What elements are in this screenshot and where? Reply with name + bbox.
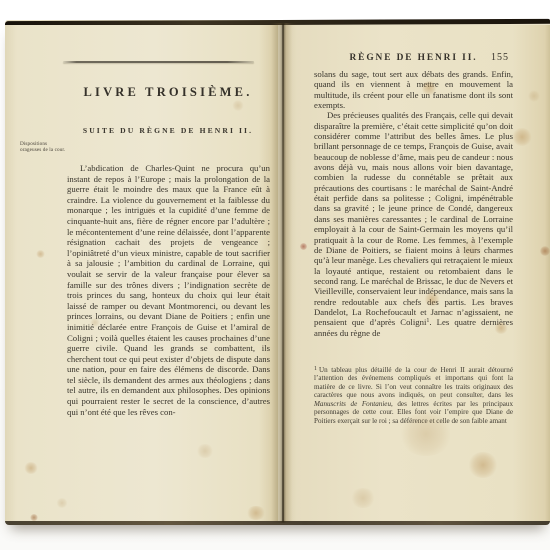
paragraph-continuation: solans du sage, tout sert aux débats des…: [314, 69, 513, 110]
chapter-heading: LIVRE TROISIÈME.: [66, 85, 270, 100]
running-header: RÈGNE DE HENRI II. 155: [314, 53, 513, 65]
margin-note: Dispositions orageuses de la cour.: [20, 141, 66, 153]
chapter-subheading: SUITE DU RÈGNE DE HENRI II.: [66, 126, 270, 135]
left-page-body-text: L’abdication de Charles-Quint ne procura…: [67, 163, 270, 417]
photo-background: Dispositions orageuses de la cour. LIVRE…: [0, 0, 550, 550]
footnote: 1Un tableau plus détaillé de la cour de …: [314, 366, 513, 425]
paragraph: Des précieuses qualités des Français, ce…: [314, 110, 513, 338]
book-gutter-fold: [282, 24, 284, 522]
book-gutter-shadow: [271, 23, 297, 523]
paragraph-text: Des précieuses qualités des Français, ce…: [314, 110, 513, 327]
footnote-marker: 1: [314, 366, 317, 372]
page-number: 155: [491, 52, 509, 63]
footnote-text: Un tableau plus détaillé de la cour de H…: [314, 366, 513, 399]
leaf-edge-line: [63, 61, 254, 63]
book-bottom-edge: [5, 521, 550, 525]
running-header-title: RÈGNE DE HENRI II.: [314, 53, 513, 63]
right-page-body-text: solans du sage, tout sert aux débats des…: [314, 69, 513, 338]
footnote-italic-title: Manuscrits de Fontanieu: [314, 400, 391, 408]
